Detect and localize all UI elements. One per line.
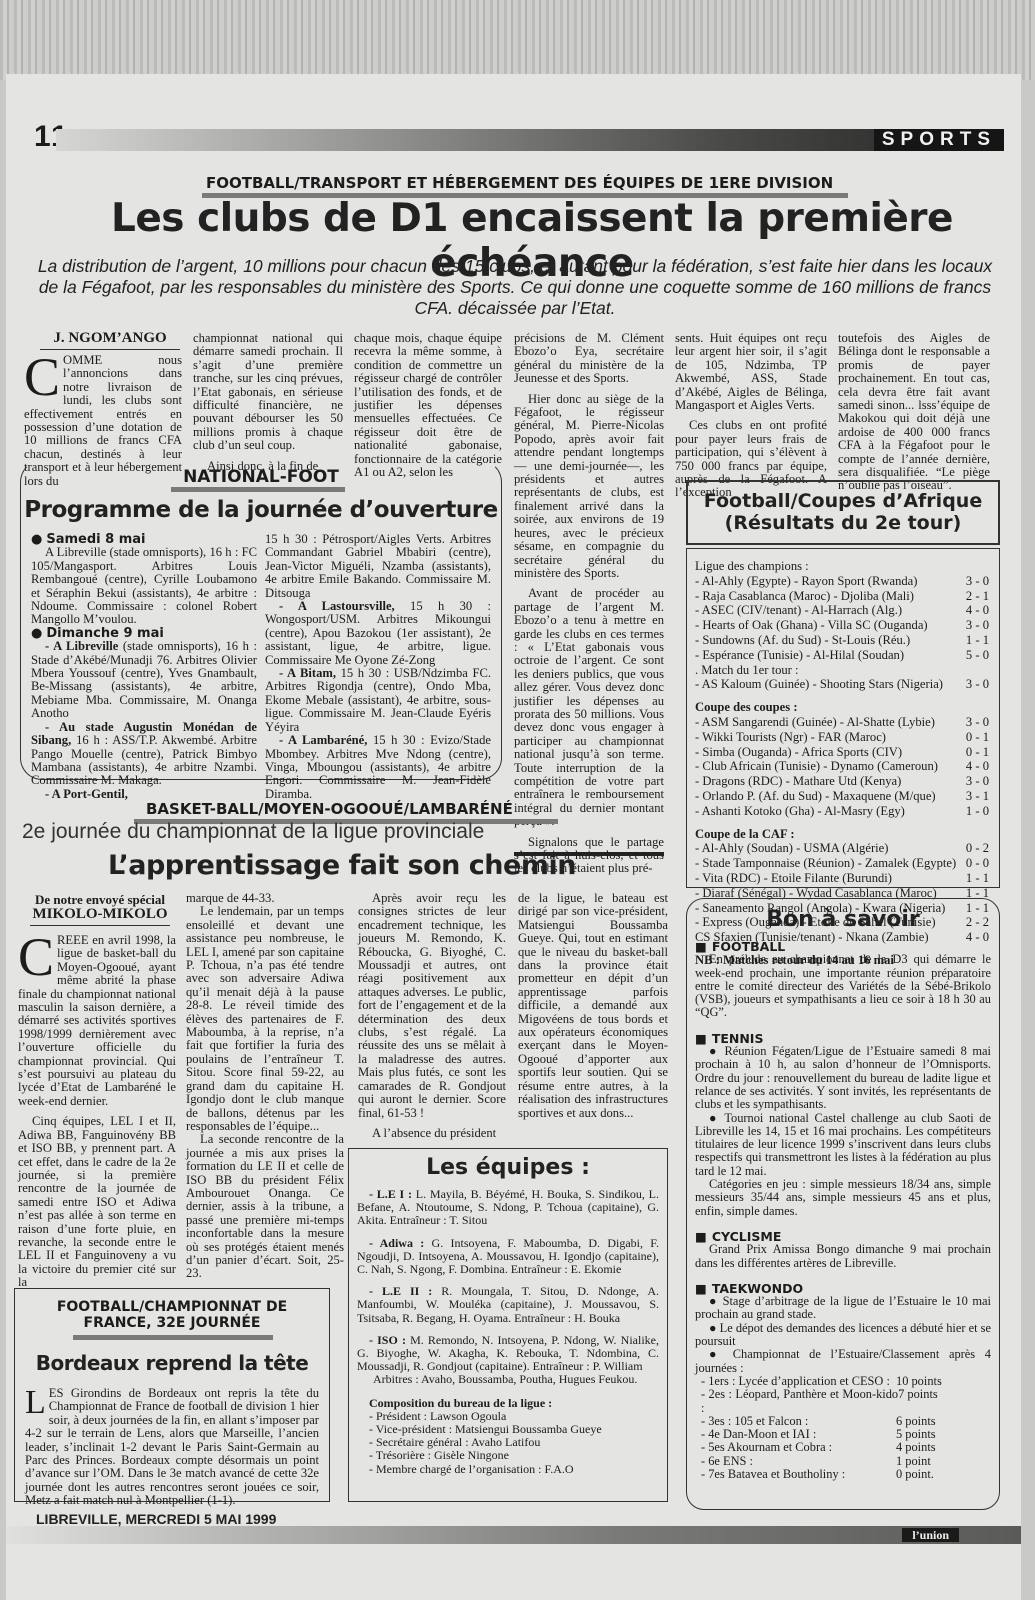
match: - Club Africain (Tunisie) - Dynamo (Came…	[695, 759, 938, 774]
paragraph: marque de 44-33.	[186, 892, 344, 905]
footer-dateline: LIBREVILLE, MERCREDI 5 MAI 1999	[36, 1511, 276, 1527]
paragraph: La seconde rencontre de la journée a mis…	[186, 1133, 344, 1280]
dropcap: L	[25, 1389, 46, 1417]
match: - Raja Casablanca (Maroc) - Djoliba (Mal…	[695, 589, 914, 604]
paragraph: Avant de procéder au partage de l’argent…	[514, 587, 664, 828]
result-row: - ASM Sangarendi (Guinée) - Al-Shatte (L…	[695, 715, 993, 730]
team-item: - L.E I : L. Mayila, B. Béyémé, H. Bouka…	[357, 1188, 659, 1228]
score: 5 - 0	[957, 648, 993, 663]
paragraph: toutefois des Aigles de Bélinga dont le …	[838, 332, 990, 493]
header-band: SPORTS	[56, 129, 1004, 151]
competition-label: Coupe des coupes :	[695, 700, 993, 715]
kicker-line: FRANCE, 32E JOURNÉE	[15, 1315, 329, 1331]
standing-points: 5 points	[896, 1428, 991, 1441]
match: - Ashanti Kotoko (Gha) - Al-Masry (Egy)	[695, 804, 905, 819]
score: 0 - 1	[957, 745, 993, 760]
paragraph: championnat national qui démarre samedi …	[193, 332, 343, 453]
lead-col-6: toutefois des Aigles de Bélinga dont le …	[838, 332, 990, 493]
result-row: - Vita (RDC) - Etoile Filante (Burundi)1…	[695, 871, 993, 886]
paragraph: de la ligue, le bateau est dirigé par so…	[518, 892, 668, 1120]
dropcap: C	[18, 936, 54, 978]
day-label: Samedi 8 mai	[31, 533, 257, 546]
bordeaux-headline: Bordeaux reprend la tête	[15, 1351, 329, 1375]
score: 0 - 0	[957, 856, 993, 871]
result-row: - Hearts of Oak (Ghana) - Villa SC (Ouga…	[695, 618, 993, 633]
match: - Simba (Ouganda) - Africa Sports (CIV)	[695, 745, 902, 760]
match: - AS Kaloum (Guinée) - Shooting Stars (N…	[695, 677, 943, 692]
match: - Hearts of Oak (Ghana) - Villa SC (Ouga…	[695, 618, 928, 633]
basket-col-2: marque de 44-33. Le lendemain, par un te…	[186, 892, 344, 1281]
result-row: - Ashanti Kotoko (Gha) - Al-Masry (Egy)1…	[695, 804, 993, 819]
match-place: - A Lastoursville,	[279, 599, 395, 613]
basket-col-1: CREEE en avril 1998, la ligue de basket-…	[18, 934, 176, 1290]
basket-headline: L’apprentissage fait son chemin	[108, 850, 576, 881]
bordeaux-kicker: FOOTBALL/CHAMPIONNAT DE FRANCE, 32E JOUR…	[15, 1299, 329, 1331]
paragraph: En prélude au championnat de la D3 qui d…	[695, 953, 991, 1019]
team-item: - Adiwa : G. Intsoyena, F. Maboumba, D. …	[357, 1237, 659, 1277]
score: 4 - 0	[957, 603, 993, 618]
coupes-afrique-title-box: Football/Coupes d’Afrique (Résultats du …	[686, 480, 1000, 545]
team-name: - L.E I :	[369, 1187, 412, 1201]
paragraph: précisions de M. Clément Ebozo’o Eya, se…	[514, 332, 664, 386]
paragraph: Le lendemain, par un temps ensoleillé et…	[186, 905, 344, 1133]
scan-top-margin	[0, 0, 1035, 80]
score: 1 - 0	[957, 804, 993, 819]
competition-label: . Match du 1er tour :	[695, 663, 993, 678]
match-item: - A Lastoursville, 15 h 30 : Wongosport/…	[265, 600, 491, 667]
team-name: - Adiwa :	[369, 1236, 424, 1250]
result-row: - ASEC (CIV/tenant) - Al-Harrach (Alg.)4…	[695, 603, 993, 618]
coupes-afrique-results: Ligue des champions : - Al-Ahly (Egypte)…	[686, 548, 1000, 888]
score: 0 - 2	[957, 841, 993, 856]
paragraph: chaque mois, chaque équipe recevra la mê…	[354, 332, 502, 479]
match: - Orlando P. (Af. du Sud) - Maxaquene (M…	[695, 789, 936, 804]
standing-points: 0 point.	[896, 1468, 991, 1481]
result-row: - Stade Tamponnaise (Réunion) - Zamalek …	[695, 856, 993, 871]
footer-band	[6, 1526, 1021, 1544]
standing-rank: - 1ers : Lycée d’application et CESO :	[701, 1375, 890, 1388]
standing-points: 10 points	[896, 1375, 991, 1388]
paragraph: ● Tournoi national Castel challenge au c…	[695, 1112, 991, 1178]
match: - Sundowns (Af. du Sud) - St-Louis (Réu.…	[695, 633, 910, 648]
day-label: Dimanche 9 mai	[31, 627, 257, 640]
basket-byline: MIKOLO-MIKOLO	[30, 906, 170, 926]
score: 1 - 1	[957, 871, 993, 886]
score: 3 - 0	[957, 774, 993, 789]
paragraph: ES Girondins de Bordeaux ont repris la t…	[25, 1386, 319, 1507]
standing-row: - 4e Dan-Moon et IAI :5 points	[695, 1428, 991, 1441]
paragraph: Cinq équipes, LEL I et II, Adiwa BB, Fan…	[18, 1115, 176, 1289]
team-item: - ISO : M. Remondo, N. Intsoyena, P. Ndo…	[357, 1334, 659, 1374]
team-name: - ISO :	[369, 1333, 406, 1347]
national-foot-headline: Programme de la journée d’ouverture	[21, 497, 501, 523]
bon-a-savoir-title: Bon à savoir	[695, 907, 991, 932]
newspaper-page: 11 SPORTS FOOTBALL/TRANSPORT ET HÉBERGEM…	[6, 74, 1021, 1600]
match-item: - A Lambaréné, 15 h 30 : Evizo/Stade Mbo…	[265, 734, 491, 801]
basket-overline: 2e journée du championnat de la ligue pr…	[22, 820, 484, 844]
result-row: - Al-Ahly (Egypte) - Rayon Sport (Rwanda…	[695, 574, 993, 589]
bureau-label: Composition du bureau de la ligue :	[369, 1397, 659, 1410]
result-row: - Club Africain (Tunisie) - Dynamo (Came…	[695, 759, 993, 774]
bordeaux-box: FOOTBALL/CHAMPIONNAT DE FRANCE, 32E JOUR…	[14, 1288, 330, 1502]
match: - Dragons (RDC) - Mathare Utd (Kenya)	[695, 774, 901, 789]
match-place: - A Port-Gentil,	[45, 787, 128, 801]
match-item: - Au stade Augustin Monédan de Sibang, 1…	[31, 721, 257, 788]
bureau-list: Composition du bureau de la ligue : - Pr…	[357, 1397, 659, 1476]
basket-kicker: BASKET-BALL/MOYEN-OGOOUÉ/LAMBARÉNÉ	[146, 800, 513, 818]
kicker-bar	[171, 487, 345, 492]
score: 3 - 0	[957, 618, 993, 633]
match: - Vita (RDC) - Etoile Filante (Burundi)	[695, 871, 892, 886]
basket-col-4: de la ligue, le bateau est dirigé par so…	[518, 892, 668, 1120]
competition-label: Coupe de la CAF :	[695, 827, 993, 842]
score: 4 - 0	[957, 759, 993, 774]
referees: Arbitres : Avaho, Boussamba, Poutha, Hug…	[357, 1373, 659, 1386]
score: 3 - 1	[957, 789, 993, 804]
match-place: - A Bitam,	[279, 666, 336, 680]
les-equipes-title: Les équipes :	[357, 1155, 659, 1180]
bureau-item: - Trésorière : Gisèle Ningone	[369, 1449, 659, 1462]
standing-points: 1 point	[896, 1455, 991, 1468]
result-row: - AS Kaloum (Guinée) - Shooting Stars (N…	[695, 677, 993, 692]
match: - Al-Ahly (Soudan) - USMA (Algérie)	[695, 841, 888, 856]
match: - Wikki Tourists (Ngr) - FAR (Maroc)	[695, 730, 886, 745]
category-label: CYCLISME	[695, 1230, 991, 1243]
lead-col-4: précisions de M. Clément Ebozo’o Eya, se…	[514, 332, 664, 876]
match-item: - A Libreville (stade omnisports), 16 h …	[31, 640, 257, 720]
match-place: - A Lambaréné,	[279, 733, 367, 747]
standing-row: - 5es Akournam et Cobra :4 points	[695, 1441, 991, 1454]
score: 1 - 1	[957, 633, 993, 648]
lead-col-5: sents. Huit équipes ont reçu leur argent…	[675, 332, 827, 500]
les-equipes-box: Les équipes : - L.E I : L. Mayila, B. Bé…	[348, 1148, 668, 1502]
bordeaux-body: LES Girondins de Bordeaux ont repris la …	[25, 1387, 319, 1508]
paragraph: Catégories en jeu : simple messieurs 18/…	[695, 1178, 991, 1218]
standing-rank: - 3es : 105 et Falcon :	[701, 1415, 808, 1428]
paragraph: Grand Prix Amissa Bongo dimanche 9 mai p…	[695, 1243, 991, 1270]
lead-kicker: FOOTBALL/TRANSPORT ET HÉBERGEMENT DES ÉQ…	[206, 174, 833, 192]
national-foot-kicker: NATIONAL-FOOT	[21, 467, 501, 487]
result-row: - Espérance (Tunisie) - Al-Hilal (Soudan…	[695, 648, 993, 663]
team-item: - L.E II : R. Moungala, T. Sitou, D. Ndo…	[357, 1285, 659, 1325]
match: - Espérance (Tunisie) - Al-Hilal (Soudan…	[695, 648, 904, 663]
match-text: A Libreville (stade omnisports), 16 h : …	[31, 546, 257, 626]
competition-label: Ligue des champions :	[695, 559, 993, 574]
category-label: TAEKWONDO	[695, 1282, 991, 1295]
lead-col-3: chaque mois, chaque équipe recevra la mê…	[354, 332, 502, 479]
bureau-item: - Membre chargé de l’organisation : F.A.…	[369, 1463, 659, 1476]
teams-list: - L.E I : L. Mayila, B. Béyémé, H. Bouka…	[357, 1188, 659, 1476]
basket-col-3: Après avoir reçu les consignes strictes …	[358, 892, 506, 1140]
score: 2 - 1	[957, 589, 993, 604]
national-foot-col-1: Samedi 8 mai A Libreville (stade omnispo…	[31, 533, 257, 801]
match-place: - A Libreville	[45, 639, 118, 653]
lead-standfirst: La distribution de l’argent, 10 millions…	[34, 256, 996, 319]
footer-brand: l’union	[902, 1528, 959, 1542]
result-row: - Orlando P. (Af. du Sud) - Maxaquene (M…	[695, 789, 993, 804]
result-row: - Wikki Tourists (Ngr) - FAR (Maroc)0 - …	[695, 730, 993, 745]
national-foot-col-2: 15 h 30 : Pétrosport/Aigles Verts. Arbit…	[265, 533, 491, 801]
standing-rank: - 7es Batavea et Boutholiny :	[701, 1468, 845, 1481]
national-foot-box: NATIONAL-FOOT Programme de la journée d’…	[20, 460, 502, 780]
result-row: - Sundowns (Af. du Sud) - St-Louis (Réu.…	[695, 633, 993, 648]
dropcap: C	[24, 356, 60, 398]
standing-points: 4 points	[896, 1441, 991, 1454]
paragraph: Hier donc au siège de la Fégafoot, le ré…	[514, 393, 664, 581]
kicker-line: FOOTBALL/CHAMPIONNAT DE	[15, 1299, 329, 1315]
standing-rank: - 2es : Léopard, Panthère et Moon-kido :	[701, 1388, 898, 1415]
score: 3 - 0	[957, 715, 993, 730]
section-label: SPORTS	[874, 129, 1004, 151]
match: - Al-Ahly (Egypte) - Rayon Sport (Rwanda…	[695, 574, 917, 589]
result-row: - Raja Casablanca (Maroc) - Djoliba (Mal…	[695, 589, 993, 604]
standing-points: 6 points	[896, 1415, 991, 1428]
category-label: FOOTBALL	[695, 940, 991, 953]
paragraph: Après avoir reçu les consignes strictes …	[358, 892, 506, 1120]
standing-rank: - 6e ENS :	[701, 1455, 753, 1468]
match: - ASEC (CIV/tenant) - Al-Harrach (Alg.)	[695, 603, 902, 618]
standing-row: - 3es : 105 et Falcon :6 points	[695, 1415, 991, 1428]
result-row: - Dragons (RDC) - Mathare Utd (Kenya)3 -…	[695, 774, 993, 789]
standing-rank: - 4e Dan-Moon et IAI :	[701, 1428, 816, 1441]
kicker-bar	[73, 1335, 273, 1340]
result-row: - Al-Ahly (Soudan) - USMA (Algérie)0 - 2	[695, 841, 993, 856]
score: 0 - 1	[957, 730, 993, 745]
paragraph: ● Le dépot des demandes des licences a d…	[695, 1322, 991, 1349]
coupes-afrique-title-2: (Résultats du 2e tour)	[688, 512, 998, 534]
lead-byline: J. NGOM’ANGO	[40, 330, 180, 350]
category-label: TENNIS	[695, 1032, 991, 1045]
standing-row: - 6e ENS :1 point	[695, 1455, 991, 1468]
bon-a-savoir-box: Bon à savoir FOOTBALL En prélude au cham…	[686, 898, 1000, 1510]
result-row: - Simba (Ouganda) - Africa Sports (CIV)0…	[695, 745, 993, 760]
standing-rank: - 5es Akournam et Cobra :	[701, 1441, 832, 1454]
score: 3 - 0	[957, 574, 993, 589]
paragraph: ● Stage d’arbitrage de la ligue de l’Est…	[695, 1295, 991, 1322]
score: 3 - 0	[957, 677, 993, 692]
paragraph: sents. Huit équipes ont reçu leur argent…	[675, 332, 827, 412]
standing-points: 7 points	[898, 1388, 991, 1415]
match-text: 15 h 30 : Pétrosport/Aigles Verts. Arbit…	[265, 533, 491, 600]
coupes-afrique-title-1: Football/Coupes d’Afrique	[688, 490, 998, 512]
match: - ASM Sangarendi (Guinée) - Al-Shatte (L…	[695, 715, 935, 730]
match-item: - A Bitam, 15 h 30 : USB/Ndzimba FC. Arb…	[265, 667, 491, 734]
paragraph: ● Championnat de l’Estuaire/Classement a…	[695, 1348, 991, 1375]
standing-row: - 2es : Léopard, Panthère et Moon-kido :…	[695, 1388, 991, 1415]
team-name: - L.E II :	[369, 1284, 432, 1298]
paragraph: A l’absence du président	[358, 1127, 506, 1140]
standing-row: - 7es Batavea et Boutholiny :0 point.	[695, 1468, 991, 1481]
lead-col-2: championnat national qui démarre samedi …	[193, 332, 343, 473]
match: - Stade Tamponnaise (Réunion) - Zamalek …	[695, 856, 956, 871]
standing-row: - 1ers : Lycée d’application et CESO :10…	[695, 1375, 991, 1388]
paragraph: ● Réunion Fégaten/Ligue de l’Estuaire sa…	[695, 1045, 991, 1111]
bon-a-savoir-body: FOOTBALL En prélude au championnat de la…	[695, 940, 991, 1481]
